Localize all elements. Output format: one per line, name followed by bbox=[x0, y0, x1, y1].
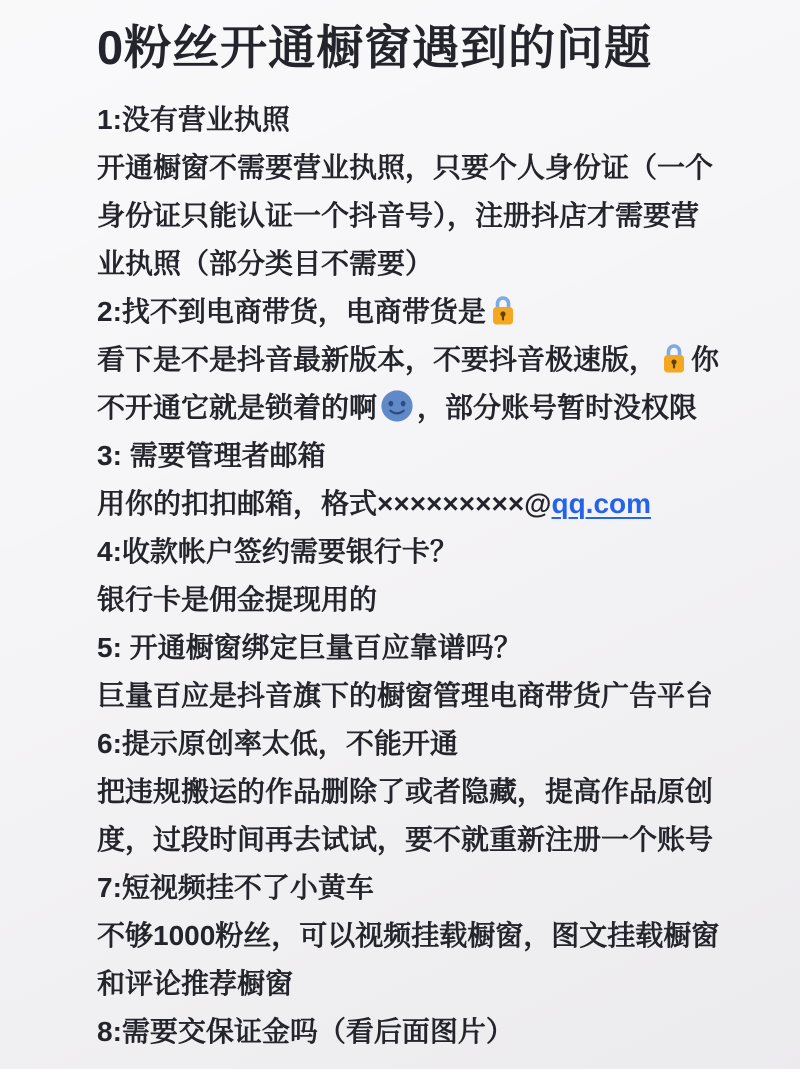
qq-email-link[interactable]: qq.com bbox=[551, 488, 651, 519]
line-text: 银行卡是佣金提现用的 bbox=[97, 584, 377, 615]
line-text: 你 bbox=[691, 344, 719, 375]
text-line: 5: 开通橱窗绑定巨量百应靠谱吗？ bbox=[97, 624, 737, 672]
moon-face-icon bbox=[380, 389, 414, 423]
text-line: 用你的扣扣邮箱，格式×××××××××@qq.com bbox=[97, 480, 737, 528]
line-text: 6:提示原创率太低，不能开通 bbox=[97, 728, 458, 759]
line-text: 不开通它就是锁着的啊 bbox=[97, 392, 377, 423]
line-text: 业执照（部分类目不需要） bbox=[97, 248, 433, 279]
text-line: 看下是不是抖音最新版本，不要抖音极速版，你 bbox=[97, 336, 737, 384]
line-text: 3: 需要管理者邮箱 bbox=[97, 440, 326, 471]
line-text: 8:需要交保证金吗（看后面图片） bbox=[97, 1016, 514, 1047]
line-text: 度，过段时间再去试试，要不就重新注册一个账号 bbox=[97, 824, 713, 855]
text-line: 银行卡是佣金提现用的 bbox=[97, 576, 737, 624]
text-line: 4:收款帐户签约需要银行卡？ bbox=[97, 528, 737, 576]
line-text: 巨量百应是抖音旗下的橱窗管理电商带货广告平台 bbox=[97, 680, 713, 711]
line-text: 用你的扣扣邮箱，格式×××××××××@ bbox=[97, 488, 551, 519]
line-text: 2:找不到电商带货，电商带货是 bbox=[97, 296, 486, 327]
line-text: 不够1000粉丝，可以视频挂载橱窗，图文挂载橱窗 bbox=[97, 920, 719, 951]
text-line: 7:短视频挂不了小黄车 bbox=[97, 864, 737, 912]
body-text: 1:没有营业执照 开通橱窗不需要营业执照，只要个人身份证（一个 身份证只能认证一… bbox=[97, 96, 737, 1056]
text-line: 6:提示原创率太低，不能开通 bbox=[97, 720, 737, 768]
line-text: 身份证只能认证一个抖音号），注册抖店才需要营 bbox=[97, 200, 699, 231]
text-line: 2:找不到电商带货，电商带货是 bbox=[97, 288, 737, 336]
lock-icon bbox=[489, 294, 517, 327]
text-line: 度，过段时间再去试试，要不就重新注册一个账号 bbox=[97, 816, 737, 864]
text-line: 业执照（部分类目不需要） bbox=[97, 240, 737, 288]
note-content: 0粉丝开通橱窗遇到的问题 1:没有营业执照 开通橱窗不需要营业执照，只要个人身份… bbox=[97, 16, 737, 1056]
text-line: 开通橱窗不需要营业执照，只要个人身份证（一个 bbox=[97, 144, 737, 192]
lock-icon bbox=[660, 342, 688, 375]
line-text: 4:收款帐户签约需要银行卡？ bbox=[97, 536, 458, 567]
line-text: 看下是不是抖音最新版本，不要抖音极速版， bbox=[97, 344, 657, 375]
line-text: 把违规搬运的作品删除了或者隐藏，提高作品原创 bbox=[97, 776, 713, 807]
text-line: 3: 需要管理者邮箱 bbox=[97, 432, 737, 480]
text-line: 身份证只能认证一个抖音号），注册抖店才需要营 bbox=[97, 192, 737, 240]
note-page: 0粉丝开通橱窗遇到的问题 1:没有营业执照 开通橱窗不需要营业执照，只要个人身份… bbox=[0, 0, 800, 1069]
text-line: 和评论推荐橱窗 bbox=[97, 960, 737, 1008]
line-text: ，部分账号暂时没权限 bbox=[417, 392, 697, 423]
text-line: 8:需要交保证金吗（看后面图片） bbox=[97, 1008, 737, 1056]
text-line: 1:没有营业执照 bbox=[97, 96, 737, 144]
text-line: 巨量百应是抖音旗下的橱窗管理电商带货广告平台 bbox=[97, 672, 737, 720]
line-text: 1:没有营业执照 bbox=[97, 104, 290, 135]
line-text: 7:短视频挂不了小黄车 bbox=[97, 872, 374, 903]
text-line: 把违规搬运的作品删除了或者隐藏，提高作品原创 bbox=[97, 768, 737, 816]
text-line: 不够1000粉丝，可以视频挂载橱窗，图文挂载橱窗 bbox=[97, 912, 737, 960]
line-text: 5: 开通橱窗绑定巨量百应靠谱吗？ bbox=[97, 632, 522, 663]
line-text: 和评论推荐橱窗 bbox=[97, 968, 293, 999]
text-line: 不开通它就是锁着的啊，部分账号暂时没权限 bbox=[97, 384, 737, 432]
page-title: 0粉丝开通橱窗遇到的问题 bbox=[97, 16, 737, 80]
line-text: 开通橱窗不需要营业执照，只要个人身份证（一个 bbox=[97, 152, 713, 183]
